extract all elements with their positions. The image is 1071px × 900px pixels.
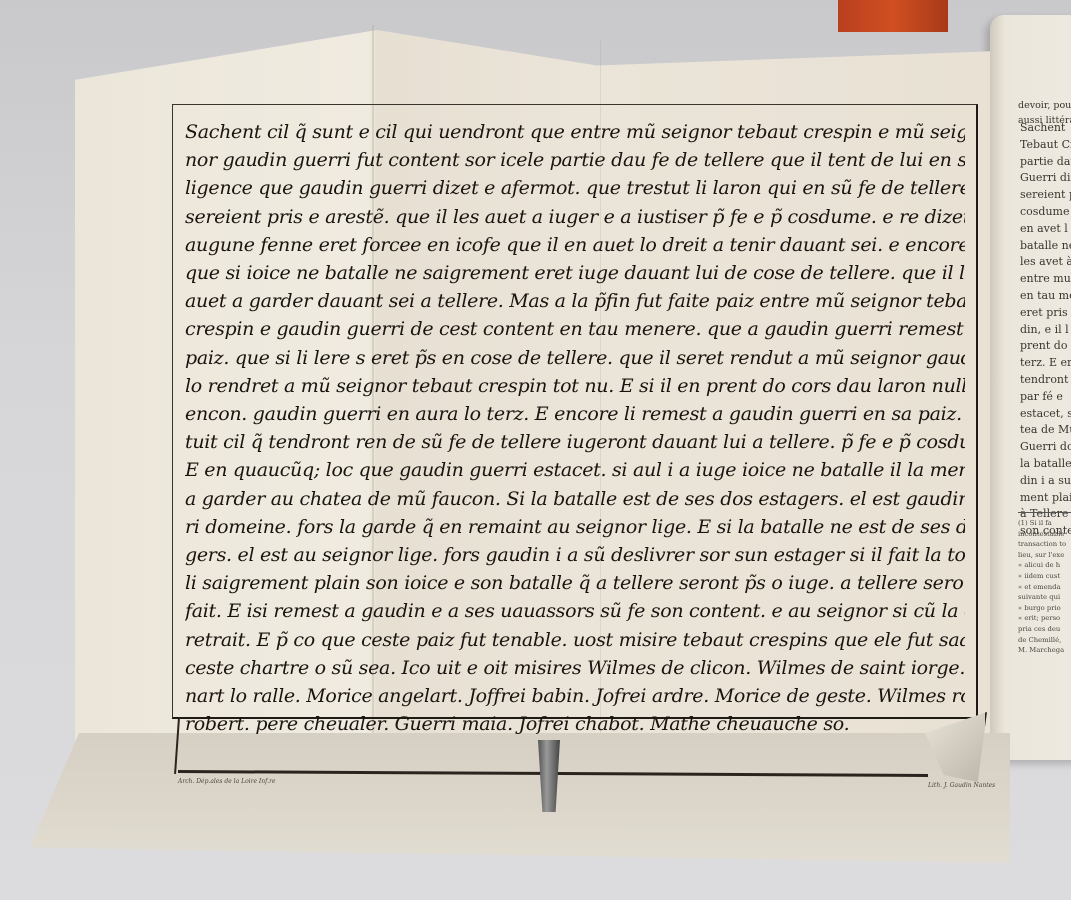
- book-body-line: Sachent: [1020, 120, 1071, 137]
- charter-line: gers. el est au seignor lige. fors gaudi…: [185, 541, 965, 569]
- book-body-line: Tebaut Cr: [1020, 137, 1071, 154]
- footnote-line: transaction to: [1018, 539, 1071, 550]
- book-body-line: terz. E er: [1020, 355, 1071, 372]
- charter-line: fait. E isi remest a gaudin e a ses uaua…: [185, 597, 965, 625]
- charter-line: paiz. que si li lere s eret p̃s en cose …: [185, 344, 965, 372]
- charter-line: encon. gaudin guerri en aura lo terz. E …: [185, 400, 965, 428]
- footnote-line: incontestable: [1018, 529, 1071, 540]
- charter-line: nart lo ralle. Morice angelart. Joffrei …: [185, 682, 965, 710]
- book-body-line: estacet, si: [1020, 406, 1071, 423]
- charter-line: tuit cil q̃ tendront ren de sũ fe de tel…: [185, 428, 965, 456]
- charter-line: a garder au chatea de mũ faucon. Si la b…: [185, 485, 965, 513]
- footnote-line: pria ces deu: [1018, 624, 1071, 635]
- book-body-line: les avet à: [1020, 254, 1071, 271]
- footnote-line: « iidem cust: [1018, 571, 1071, 582]
- book-body-line: cosdume ;: [1020, 204, 1071, 221]
- charter-line: lo rendret a mũ seignor tebaut crespin t…: [185, 372, 965, 400]
- charter-line: nor gaudin guerri fut content sor icele …: [185, 146, 965, 174]
- footnote-line: « et emenda: [1018, 582, 1071, 593]
- book-body-line: sereient pr: [1020, 187, 1071, 204]
- book-body-line: entre mur: [1020, 271, 1071, 288]
- charter-line: augune fenne eret forcee en icofe que il…: [185, 231, 965, 259]
- footnote-line: M. Marchega: [1018, 645, 1071, 656]
- book-body-line: Guerri do: [1020, 439, 1071, 456]
- book-body-line: partie dau: [1020, 154, 1071, 171]
- charter-line: retrait. E p̃ co que ceste paiz fut tena…: [185, 626, 965, 654]
- footnote-line: suivante qui: [1018, 592, 1071, 603]
- book-body-line: eret pris e: [1020, 305, 1071, 322]
- book-body-line: din, e il l: [1020, 322, 1071, 339]
- charter-text: Sachent cil q̃ sunt e cil qui uendront q…: [185, 118, 965, 738]
- footnote-rule: [1018, 512, 1071, 513]
- charter-line: que si ioice ne batalle ne saigrement er…: [185, 259, 965, 287]
- book-body-line: batalle ne: [1020, 238, 1071, 255]
- book-body-line: ment plai: [1020, 490, 1071, 507]
- book-body-line: en avet l: [1020, 221, 1071, 238]
- book-body-line: Guerri diz: [1020, 170, 1071, 187]
- charter-line: ceste chartre o sũ sea. Ico uit e oit mi…: [185, 654, 965, 682]
- book-header-line: devoir, pou: [1018, 98, 1071, 113]
- book-body-line: prent do: [1020, 338, 1071, 355]
- charter-line: ligence que gaudin guerri dizet e afermo…: [185, 174, 965, 202]
- footnote-line: lieu, sur l'exe: [1018, 550, 1071, 561]
- book-page-body: SachentTebaut Crpartie dauGuerri dizsere…: [1020, 120, 1071, 540]
- footnote-line: « burgo prio: [1018, 603, 1071, 614]
- charter-line: auet a garder dauant sei a tellere. Mas …: [185, 287, 965, 315]
- footnote-line: de Chemillé,: [1018, 635, 1071, 646]
- charter-line: li saigrement plain son ioice e son bata…: [185, 569, 965, 597]
- charter-line: robert. pere cheualer. Guerri maia. Jofr…: [185, 710, 965, 738]
- book-body-line: en tau me: [1020, 288, 1071, 305]
- charter-line: sereient pris e arestẽ. que il les auet …: [185, 203, 965, 231]
- book-page-footnotes: (1) Si il faincontestabletransaction tol…: [1018, 518, 1071, 656]
- lithographer-credit: Lith. J. Gaudin Nantes: [928, 782, 995, 789]
- book-body-line: par fé e: [1020, 389, 1071, 406]
- book-body-line: din i a sur: [1020, 473, 1071, 490]
- red-bookmark-ribbon: [838, 0, 948, 32]
- charter-line: Sachent cil q̃ sunt e cil qui uendront q…: [185, 118, 965, 146]
- book-body-line: tea de Mu: [1020, 422, 1071, 439]
- footnote-line: (1) Si il fa: [1018, 518, 1071, 529]
- footnote-line: « erit; perso: [1018, 613, 1071, 624]
- charter-line: E en quaucũq; loc que gaudin guerri esta…: [185, 456, 965, 484]
- footnote-line: « alicui de h: [1018, 560, 1071, 571]
- charter-line: crespin e gaudin guerri de cest content …: [185, 315, 965, 343]
- book-body-line: la batalle: [1020, 456, 1071, 473]
- book-body-line: tendront r: [1020, 372, 1071, 389]
- charter-line: ri domeine. fors la garde q̃ en remaint …: [185, 513, 965, 541]
- archive-credit: Arch. Dép.ales de la Loire Inf.re: [178, 778, 276, 785]
